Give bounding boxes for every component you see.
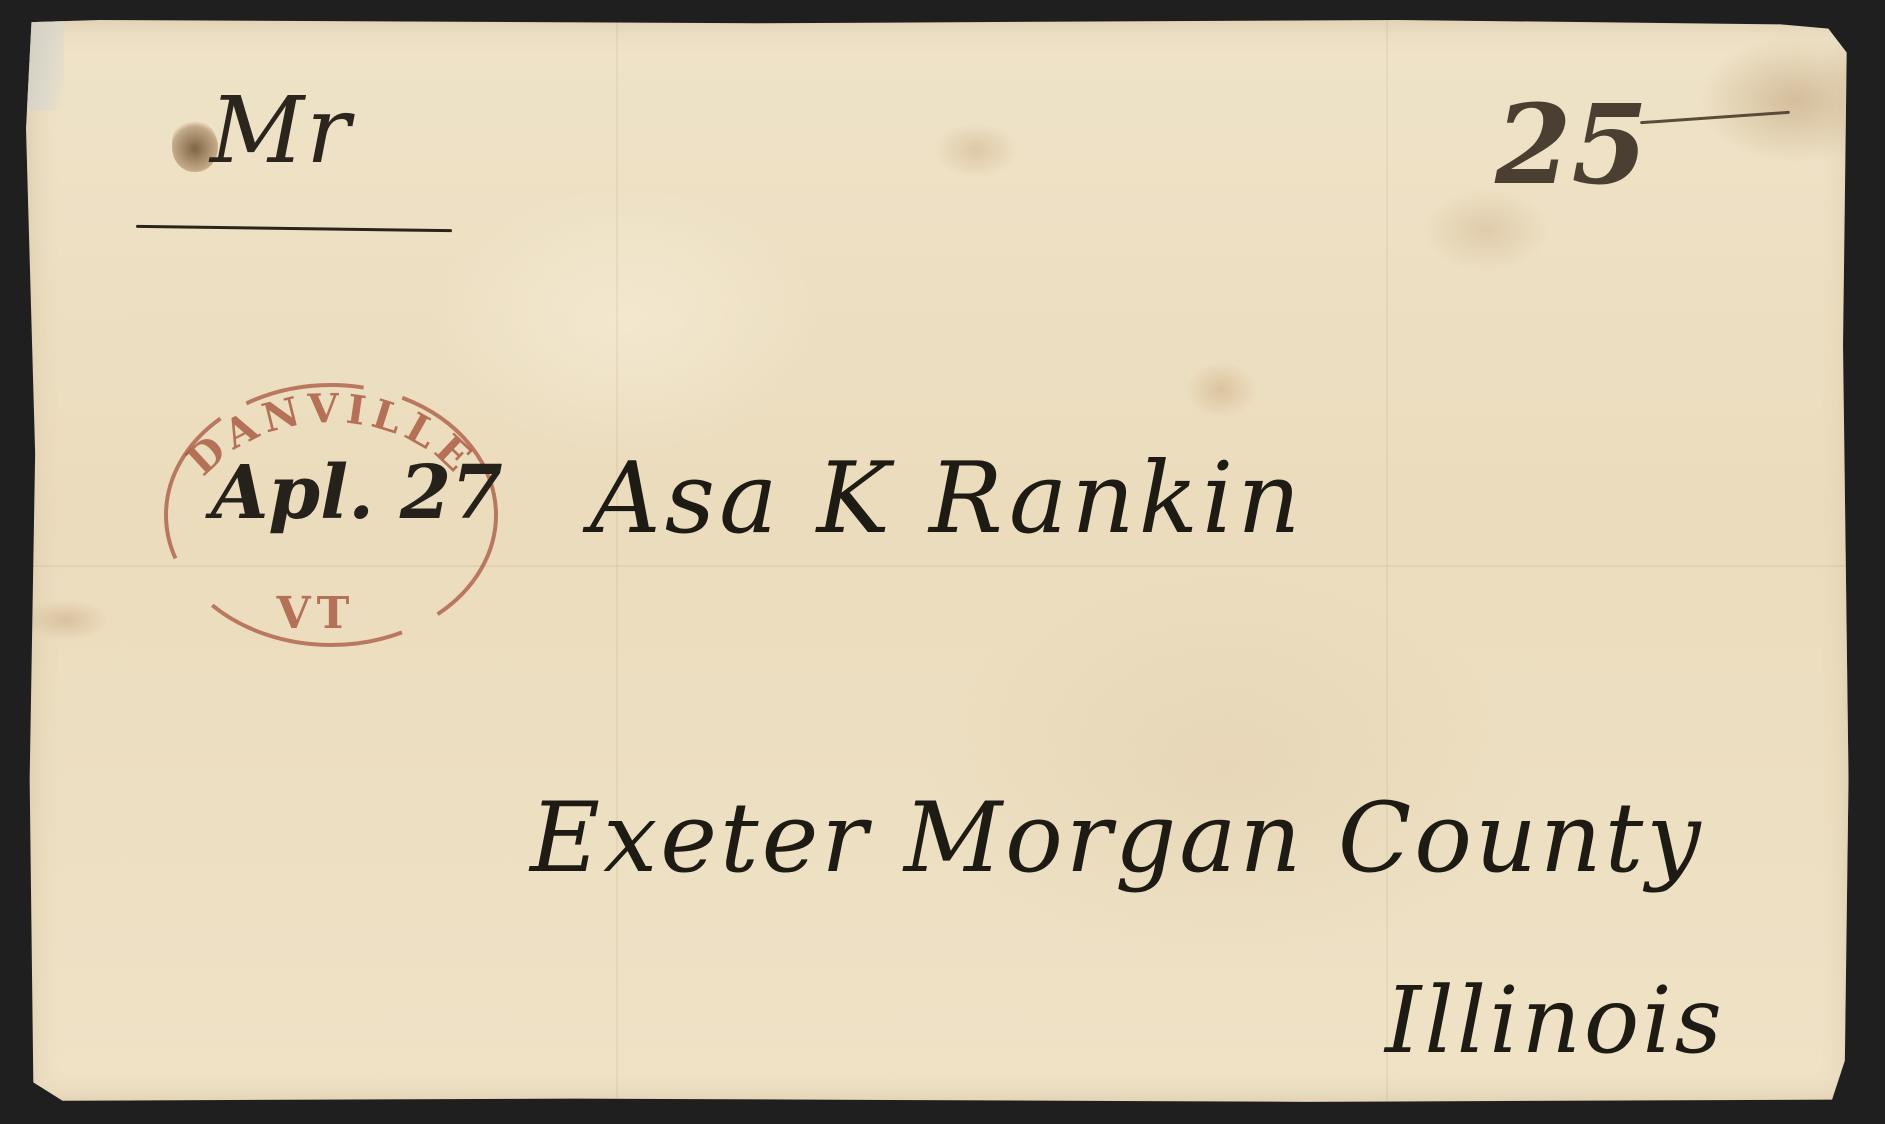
postmark-date: Apl. 27 xyxy=(211,450,503,536)
salutation-mr: Mr xyxy=(210,85,352,177)
address-town-county: Exeter Morgan County xyxy=(530,790,1704,886)
folded-edge xyxy=(1842,80,1854,1080)
postmark-state: VT xyxy=(276,588,356,639)
fold-crease xyxy=(616,20,618,1104)
fold-crease xyxy=(1386,20,1388,1104)
address-state: Illinois xyxy=(1385,975,1725,1067)
manuscript-rate: 25 xyxy=(1495,90,1648,200)
addressee-name: Asa K Rankin xyxy=(590,450,1304,548)
photo-stage: Mr 25 DANVILLE VT Apl. 27 Asa K Rankin E… xyxy=(0,0,1885,1124)
town-postmark: DANVILLE VT Apl. 27 xyxy=(136,360,526,650)
folded-corner xyxy=(26,20,64,110)
